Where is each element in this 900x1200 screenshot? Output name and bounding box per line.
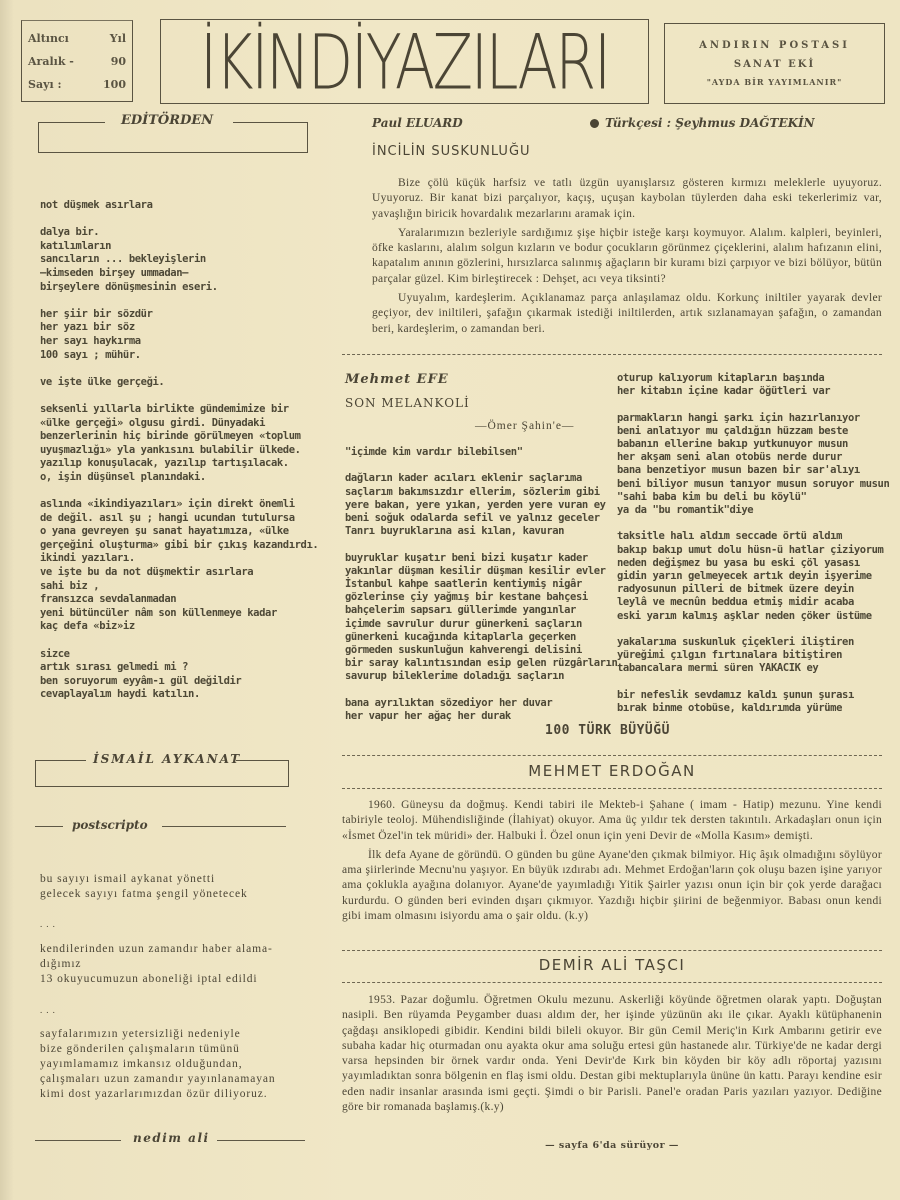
editorial-heading-box: EDİTÖRDEN: [38, 122, 308, 153]
info-value: 90: [111, 50, 126, 73]
postscript-paragraph: sayfalarımızın yetersizliği nedeniyle bi…: [40, 1027, 330, 1102]
supplement-line-2: SANAT EKİ: [665, 59, 884, 70]
postscript-heading: postscripto: [72, 818, 148, 832]
continued-note: — sayfa 6'da sürüyor —: [342, 1140, 882, 1151]
postscript-paragraph: kendilerinden uzun zamandır haber alama-…: [40, 942, 330, 987]
supplement-box: ANDIRIN POSTASI SANAT EKİ "AYDA BİR YAYI…: [664, 23, 885, 104]
profiles-heading: 100 TÜRK BÜYÜĞÜ: [545, 723, 670, 738]
profile-rule: [342, 950, 882, 951]
poem-dedication: —Ömer Şahin'e—: [475, 420, 574, 432]
poem-column-1: "içimde kim vardır bilebilsen" dağların …: [345, 446, 610, 723]
signoff-rule-left: [35, 1140, 121, 1141]
profile-name: MEHMET ERDOĞAN: [342, 762, 882, 780]
eluard-paragraph: Uyuyalım, kardeşlerim. Açıklanamaz parça…: [372, 291, 882, 337]
profile-name: DEMİR ALİ TAŞCI: [342, 956, 882, 974]
info-value: 100: [103, 73, 126, 96]
editorial-heading: EDİTÖRDEN: [121, 113, 213, 128]
profile-paragraph: 1960. Güneysu da doğmuş. Kendi tabiri il…: [342, 798, 882, 844]
eluard-paragraph: Yaralarımızın bezleriyle sardığımız şişe…: [372, 226, 882, 287]
postscript-separator: . . .: [40, 1003, 56, 1018]
eluard-translator: Türkçesi : Şeyhmus DAĞTEKİN: [605, 116, 815, 130]
info-label: Aralık -: [28, 50, 74, 73]
postscript-paragraph: bu sayıyı ismail aykanat yönetti gelecek…: [40, 872, 330, 902]
eluard-bottom-rule: [342, 354, 882, 355]
supplement-line-1: ANDIRIN POSTASI: [665, 40, 884, 51]
issue-number: Sayı :100: [22, 73, 132, 96]
editorial-signature: İSMAİL AYKANAT: [93, 752, 241, 766]
postscript-signature: nedim ali: [133, 1131, 210, 1145]
eluard-author: Paul ELUARD: [372, 116, 463, 130]
postscript-separator: . . .: [40, 917, 56, 932]
masthead-title: İKİNDİYAZILARI: [200, 17, 609, 105]
profile-body: 1953. Pazar doğumlu. Öğretmen Okulu mezu…: [342, 993, 882, 1119]
info-label: Altıncı: [28, 27, 69, 50]
editorial-text: not düşmek asırlara dalya bir. katılımla…: [40, 199, 330, 702]
profile-rule: [342, 788, 882, 789]
profile-rule: [342, 755, 882, 756]
profile-paragraph: 1953. Pazar doğumlu. Öğretmen Okulu mezu…: [342, 993, 882, 1115]
poem-title: SON MELANKOLİ: [345, 396, 470, 410]
issue-info-box: AltıncıYıl Aralık -90 Sayı :100: [21, 20, 133, 102]
bullet-icon: [590, 119, 599, 128]
info-value: Yıl: [110, 27, 126, 50]
profile-paragraph: İlk defa Ayane de göründü. O günden bu g…: [342, 848, 882, 924]
eluard-title: İNCİLİN SUSKUNLUĞU: [372, 144, 531, 159]
signoff-rule-right: [217, 1140, 305, 1141]
eluard-translator-line: Türkçesi : Şeyhmus DAĞTEKİN: [590, 116, 815, 130]
editorial-signature-box: İSMAİL AYKANAT: [35, 760, 289, 787]
profile-rule: [342, 982, 882, 983]
supplement-line-3: "AYDA BİR YAYIMLANIR": [665, 77, 884, 87]
poem-author: Mehmet EFE: [345, 372, 449, 387]
issue-year: AltıncıYıl: [22, 27, 132, 50]
masthead-title-box: İKİNDİYAZILARI: [160, 19, 649, 104]
eluard-body: Bize çölü küçük harfsiz ve tatlı üzgün u…: [372, 176, 882, 341]
profile-body: 1960. Güneysu da doğmuş. Kendi tabiri il…: [342, 798, 882, 924]
postscript-rule-left: [35, 826, 63, 827]
poem-column-2: oturup kalıyorum kitapların başında her …: [617, 372, 900, 715]
info-label: Sayı :: [28, 73, 62, 96]
eluard-paragraph: Bize çölü küçük harfsiz ve tatlı üzgün u…: [372, 176, 882, 222]
postscript-rule-right: [162, 826, 286, 827]
issue-month: Aralık -90: [22, 50, 132, 73]
